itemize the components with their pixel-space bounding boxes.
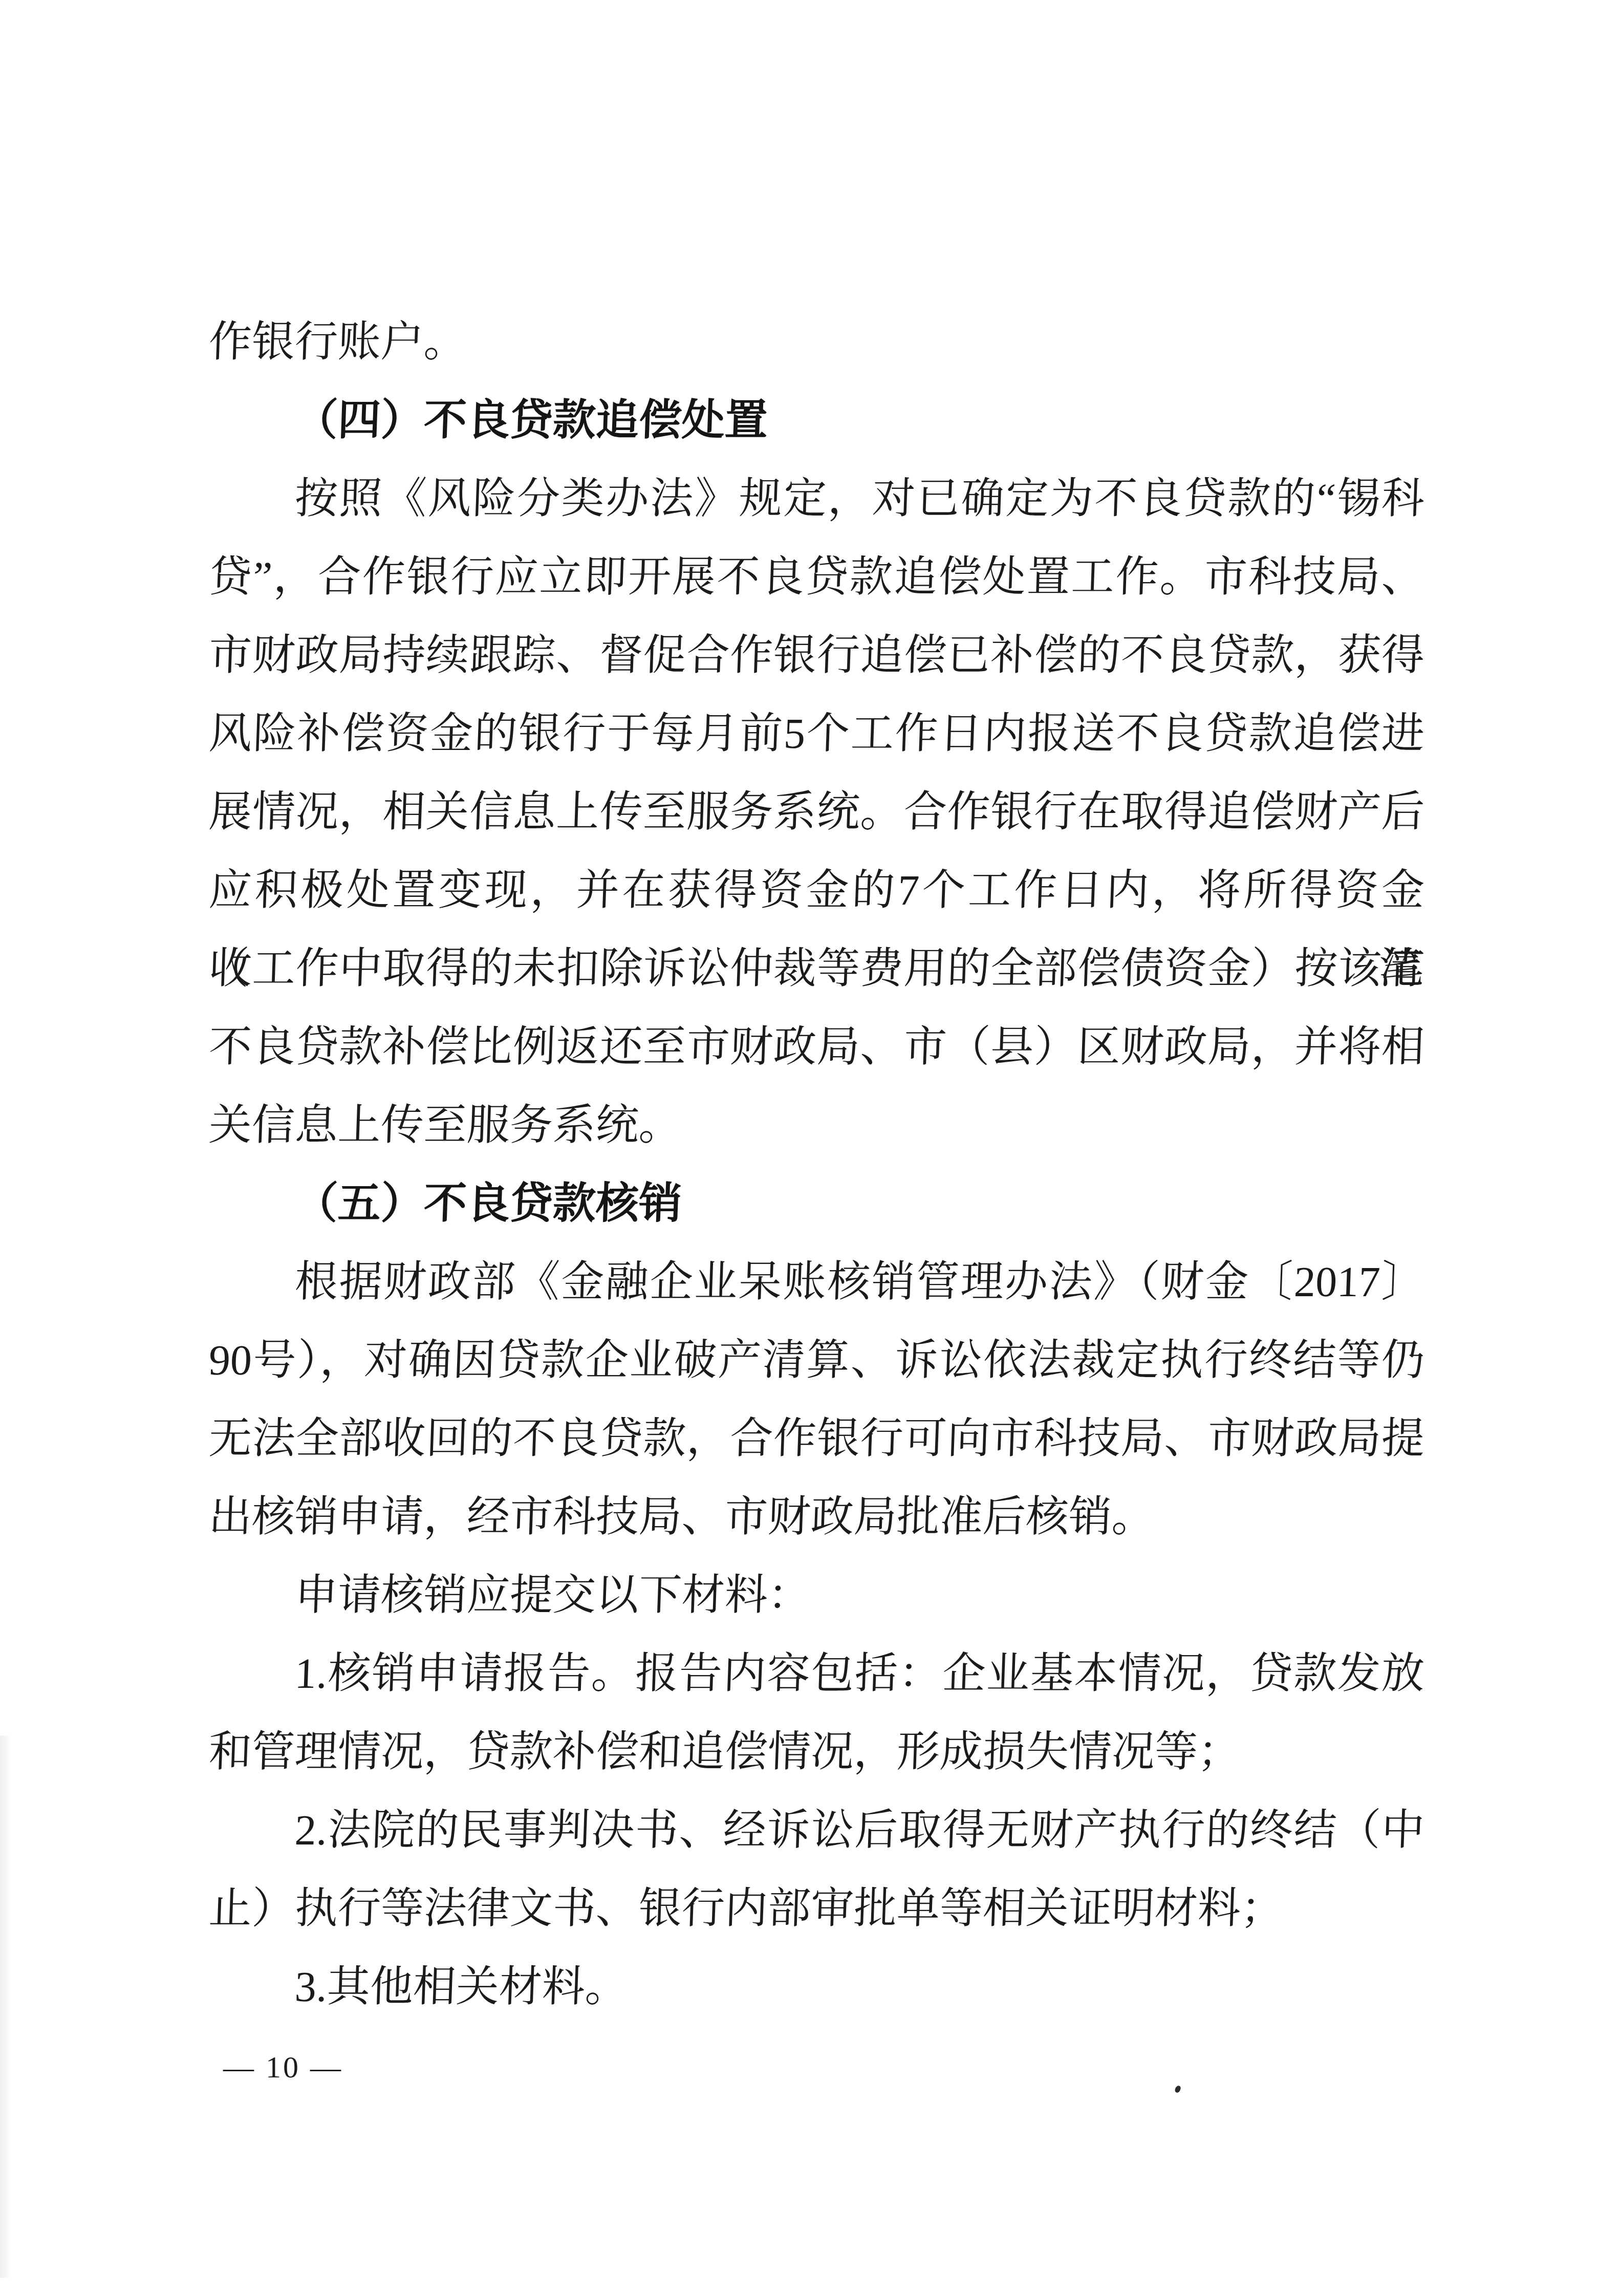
text-line: 3.其他相关材料。: [207, 1948, 1426, 2026]
text-line: 市财政局持续跟踪、督促合作银行追偿已补偿的不良贷款，获得: [207, 616, 1426, 695]
page-number: — 10 —: [223, 2047, 343, 2088]
text-line: 贷”，合作银行应立即开展不良贷款追偿处置工作。市科技局、: [207, 538, 1426, 616]
text-line: 按照《风险分类办法》规定，对已确定为不良贷款的“锡科: [207, 460, 1426, 538]
section-heading: （四）不良贷款追偿处置: [207, 381, 1426, 460]
section-heading: （五）不良贷款核销: [207, 1165, 1426, 1243]
scan-edge-artifact: [0, 1735, 12, 2278]
text-line: 1.核销申请报告。报告内容包括：企业基本情况，贷款发放: [207, 1635, 1426, 1713]
ink-speck-artifact: [1174, 2085, 1181, 2093]
text-line: 关信息上传至服务系统。: [207, 1086, 1426, 1165]
text-line: 收工作中取得的未扣除诉讼仲裁等费用的全部偿债资金）按该笔: [207, 930, 1426, 1008]
document-page: 作银行账户。（四）不良贷款追偿处置按照《风险分类办法》规定，对已确定为不良贷款的…: [0, 0, 1619, 2296]
text-line: 根据财政部《金融企业呆账核销管理办法》（财金〔2017〕: [207, 1243, 1426, 1321]
text-line: 出核销申请，经市科技局、市财政局批准后核销。: [207, 1478, 1426, 1556]
text-line: 止）执行等法律文书、银行内部审批单等相关证明材料；: [207, 1870, 1426, 1948]
text-line: 90号），对确因贷款企业破产清算、诉讼依法裁定执行终结等仍: [207, 1321, 1426, 1400]
document-body: 作银行账户。（四）不良贷款追偿处置按照《风险分类办法》规定，对已确定为不良贷款的…: [209, 303, 1424, 2026]
text-line: 作银行账户。: [207, 303, 1426, 381]
text-line: 风险补偿资金的银行于每月前5个工作日内报送不良贷款追偿进: [207, 695, 1426, 773]
text-line: 2.法院的民事判决书、经诉讼后取得无财产执行的终结（中: [207, 1791, 1426, 1870]
text-line: 和管理情况，贷款补偿和追偿情况，形成损失情况等；: [207, 1713, 1426, 1791]
text-line: 申请核销应提交以下材料：: [207, 1556, 1426, 1635]
text-line: 不良贷款补偿比例返还至市财政局、市（县）区财政局，并将相: [207, 1008, 1426, 1086]
text-line: 应积极处置变现，并在获得资金的7个工作日内，将所得资金（清: [207, 851, 1426, 930]
text-line: 无法全部收回的不良贷款，合作银行可向市科技局、市财政局提: [207, 1400, 1426, 1478]
text-line: 展情况，相关信息上传至服务系统。合作银行在取得追偿财产后: [207, 773, 1426, 851]
